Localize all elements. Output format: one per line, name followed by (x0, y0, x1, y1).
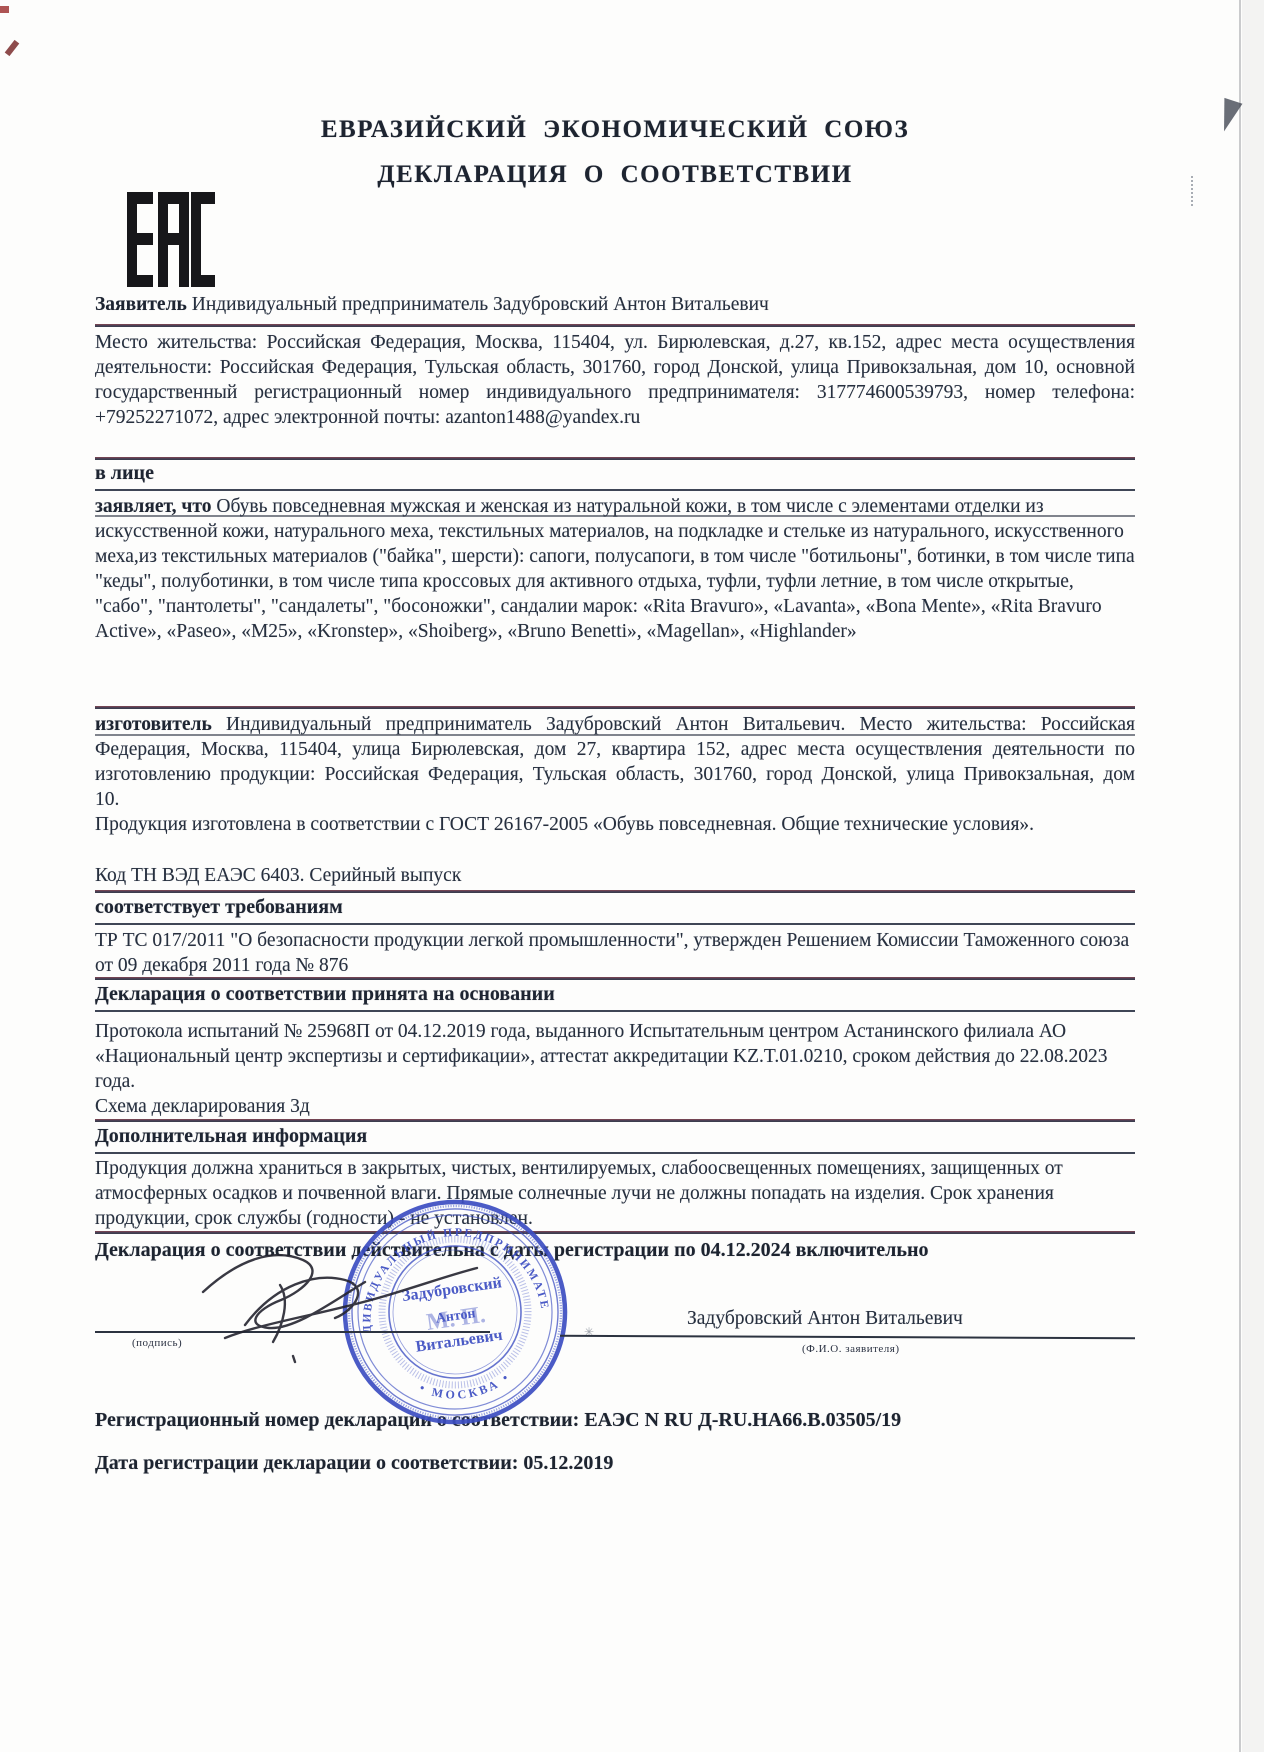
handwritten-signature (185, 1230, 495, 1365)
applicant-value: Индивидуальный предприниматель Задубровс… (192, 294, 769, 315)
manufacturer-paragraph: изготовитель Индивидуальный предпринимат… (95, 712, 1135, 812)
manufacturer-text: Индивидуальный предприниматель Задубровс… (95, 714, 1135, 810)
additional-info-caption: Дополнительная информация (95, 1125, 1135, 1154)
applicant-label: Заявитель (95, 294, 187, 315)
gost-line: Продукция изготовлена в соответствии с Г… (95, 812, 1135, 837)
divider (95, 890, 1135, 893)
divider (95, 1119, 1135, 1122)
declares-text: Обувь повседневная мужская и женская из … (95, 496, 1135, 642)
scheme-line: Схема декларирования 3д (95, 1094, 1135, 1119)
additional-info-text: Продукция должна храниться в закрытых, ч… (95, 1156, 1135, 1231)
divider (95, 977, 1135, 980)
scan-artifact-dots (1191, 176, 1195, 206)
fio-caption: (Ф.И.О. заявителя) (802, 1343, 900, 1355)
scan-edge-line (1239, 0, 1241, 1752)
applicant-row: Заявитель Индивидуальный предприниматель… (95, 292, 1135, 317)
fio-line (560, 1335, 1135, 1340)
meets-requirements-caption: соответствует требованиям (95, 896, 1135, 925)
signature-caption: (подпись) (132, 1337, 182, 1349)
residence-paragraph: Место жительства: Российская Федерация, … (95, 330, 1135, 430)
tnved-line: Код ТН ВЭД ЕАЭС 6403. Серийный выпуск (95, 863, 1135, 888)
document-title-line1: ЕВРАЗИЙСКИЙ ЭКОНОМИЧЕСКИЙ СОЮЗ (95, 116, 1135, 144)
divider (95, 706, 1135, 709)
basis-text: Протокола испытаний № 25968П от 04.12.20… (95, 1019, 1135, 1094)
declaration-document: ЕВРАЗИЙСКИЙ ЭКОНОМИЧЕСКИЙ СОЮЗ ДЕКЛАРАЦИ… (0, 0, 1264, 1752)
declares-paragraph: заявляет, что Обувь повседневная мужская… (95, 494, 1135, 644)
divider (95, 457, 1135, 460)
registration-date-line: Дата регистрации декларации о соответств… (95, 1451, 1135, 1476)
meets-requirements-text: ТР ТС 017/2011 "О безопасности продукции… (95, 928, 1135, 978)
manufacturer-label: изготовитель (95, 714, 212, 735)
scan-page-edge (1242, 0, 1264, 1752)
basis-caption: Декларация о соответствии принята на осн… (95, 983, 1135, 1012)
scan-speck (0, 6, 9, 13)
scan-speck (5, 40, 20, 56)
registration-number-line: Регистрационный номер декларации о соотв… (95, 1408, 1135, 1433)
fio-name: Задубровский Антон Витальевич (687, 1306, 963, 1331)
document-title-line2: ДЕКЛАРАЦИЯ О СООТВЕТСТВИИ (95, 161, 1135, 189)
in-person-caption: в лице (95, 462, 1135, 491)
eac-logo-icon (127, 192, 215, 287)
divider (95, 324, 1135, 327)
declares-label: заявляет, что (95, 496, 212, 517)
scan-smudge: ✳ (584, 1325, 594, 1335)
